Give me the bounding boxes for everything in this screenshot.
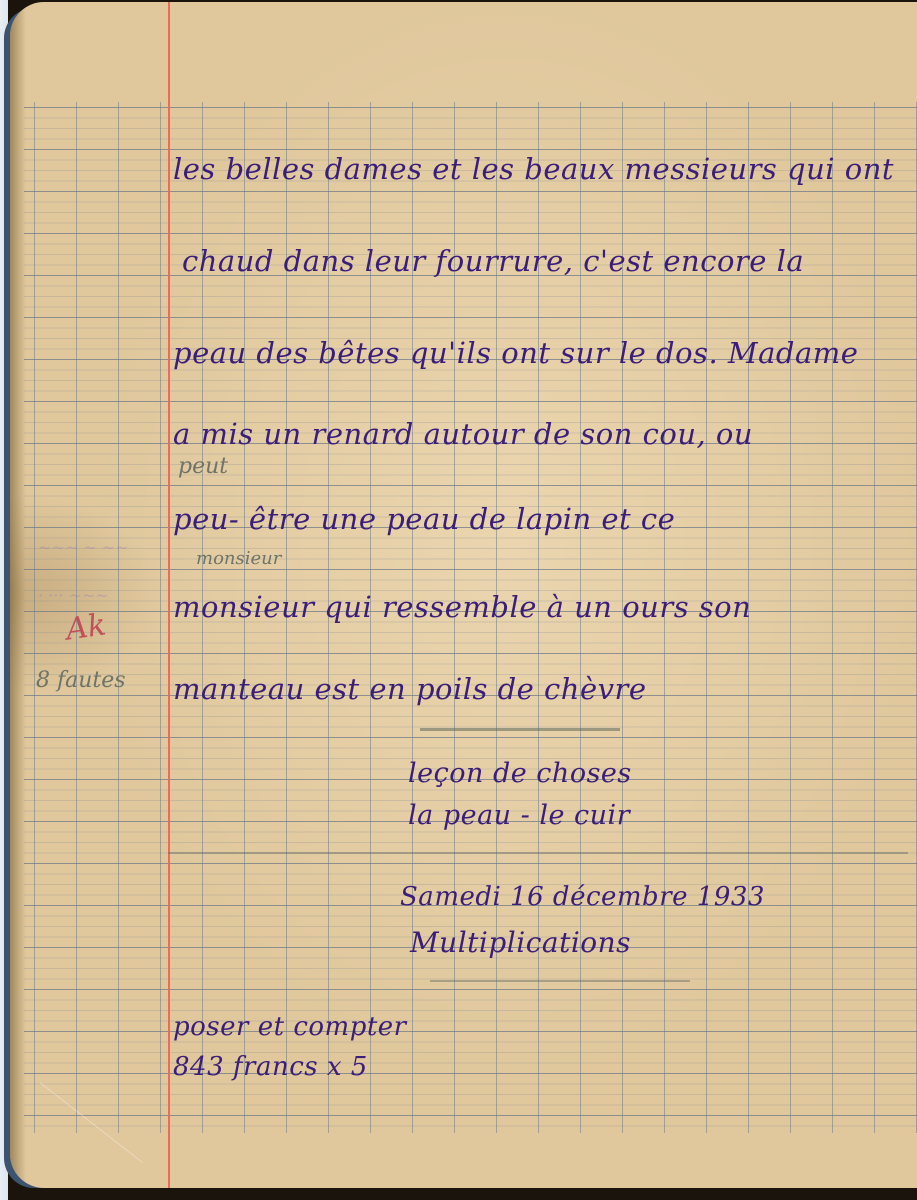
lesson-subtitle: la peau - le cuir [408, 800, 630, 831]
dictation-line-7: manteau est en poils de chèvre [173, 672, 647, 706]
dictation-line-3: peau des bêtes qu'ils ont sur le dos. Ma… [173, 336, 858, 370]
separator-rule [420, 728, 620, 731]
exercise-problem: 843 francs x 5 [173, 1052, 368, 1082]
bleed-through-mark: ~~~ ~ ~~ [38, 538, 129, 557]
exercise-instruction: poser et compter [173, 1012, 407, 1042]
fault-count: 8 fautes [36, 668, 126, 693]
correction-monsieur: monsieur [196, 548, 281, 569]
bleed-through-mark: · ··· ~~~ [38, 586, 109, 605]
dictation-line-2: chaud dans leur fourrure, c'est encore l… [182, 244, 804, 278]
notebook-page: ~~~ ~ ~~ · ··· ~~~ les belles dames et l… [10, 2, 917, 1188]
section-divider [168, 852, 908, 854]
dictation-line-1: les belles dames et les beaux messieurs … [173, 152, 894, 186]
entry-subject: Multiplications [410, 926, 631, 959]
dictation-line-5: peu- être une peau de lapin et ce [173, 502, 675, 536]
separator-rule [430, 980, 690, 982]
teacher-initials: Ak [64, 607, 108, 647]
entry-date: Samedi 16 décembre 1933 [400, 882, 765, 912]
lesson-title: leçon de choses [408, 758, 632, 789]
dictation-line-6: monsieur qui ressemble à un ours son [173, 590, 751, 624]
dictation-line-4: a mis un renard autour de son cou, ou [173, 417, 753, 451]
red-margin-line [168, 2, 170, 1188]
correction-peut: peut [178, 454, 228, 479]
